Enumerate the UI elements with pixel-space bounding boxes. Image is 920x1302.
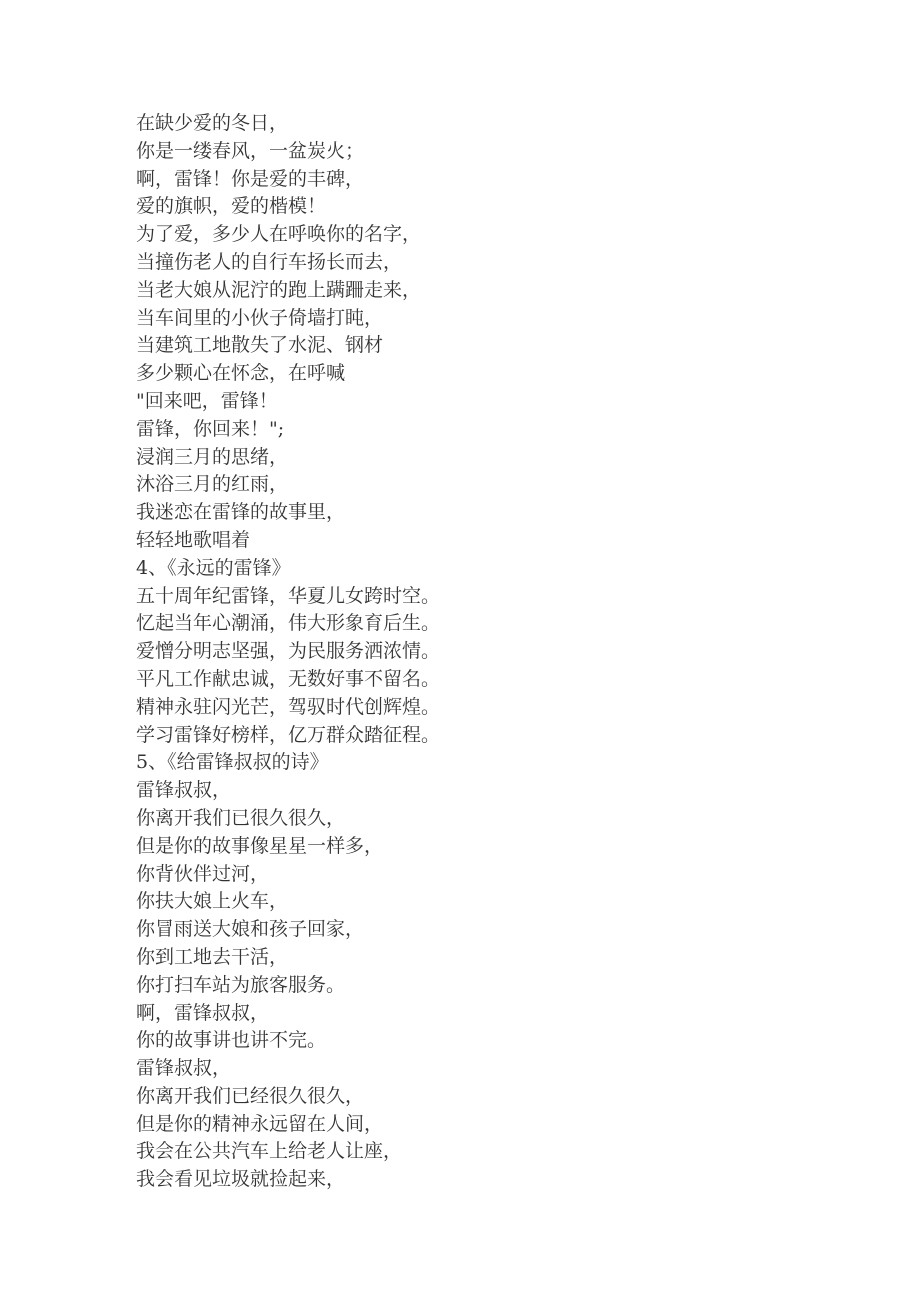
poem-line: "回来吧，雷锋！ [136,388,440,416]
poem-line: 我会在公共汽车上给老人让座， [136,1138,440,1166]
poem-line: 当建筑工地散失了水泥、钢材 [136,332,440,360]
poem-line: 在缺少爱的冬日， [136,110,440,138]
poem-line: 但是你的精神永远留在人间， [136,1111,440,1139]
poem-line: 精神永驻闪光芒，驾驭时代创辉煌。 [136,694,440,722]
poem-line: 沐浴三月的红雨， [136,471,440,499]
poem-line: 你到工地去干活， [136,944,440,972]
poem-line: 你背伙伴过河， [136,861,440,889]
poem-line: 5、《给雷锋叔叔的诗》 [136,749,440,777]
poem-line: 五十周年纪雷锋，华夏儿女跨时空。 [136,583,440,611]
poem-line: 多少颗心在怀念，在呼喊 [136,360,440,388]
poem-line: 爱的旗帜，爱的楷模！ [136,193,440,221]
poem-line: 雷锋叔叔， [136,1055,440,1083]
poem-line: 你离开我们已很久很久， [136,805,440,833]
poem-line: 为了爱，多少人在呼唤你的名字， [136,221,440,249]
poem-text-block: 在缺少爱的冬日，你是一缕春风，一盆炭火；啊，雷锋！你是爱的丰碑，爱的旗帜，爱的楷… [136,110,440,1194]
poem-line: 你扶大娘上火车， [136,888,440,916]
poem-line: 你打扫车站为旅客服务。 [136,972,440,1000]
poem-line: 浸润三月的思绪， [136,444,440,472]
poem-line: 爱憎分明志坚强，为民服务洒浓情。 [136,638,440,666]
poem-line: 我迷恋在雷锋的故事里， [136,499,440,527]
poem-line: 但是你的故事像星星一样多， [136,833,440,861]
poem-line: 你的故事讲也讲不完。 [136,1027,440,1055]
poem-line: 轻轻地歌唱着 [136,527,440,555]
poem-line: 你是一缕春风，一盆炭火； [136,138,440,166]
poem-line: 雷锋叔叔， [136,777,440,805]
poem-line: 4、《永远的雷锋》 [136,555,440,583]
poem-line: 平凡工作献忠诚，无数好事不留名。 [136,666,440,694]
poem-line: 当撞伤老人的自行车扬长而去， [136,249,440,277]
poem-line: 我会看见垃圾就捡起来， [136,1166,440,1194]
poem-line: 你冒雨送大娘和孩子回家， [136,916,440,944]
poem-line: 你离开我们已经很久很久， [136,1083,440,1111]
poem-line: 当老大娘从泥泞的跑上蹒跚走来， [136,277,440,305]
poem-line: 啊，雷锋！你是爱的丰碑， [136,166,440,194]
poem-line: 雷锋，你回来！"; [136,416,440,444]
poem-line: 学习雷锋好榜样，亿万群众踏征程。 [136,722,440,750]
poem-line: 当车间里的小伙子倚墙打盹， [136,305,440,333]
poem-line: 忆起当年心潮涌，伟大形象育后生。 [136,610,440,638]
document-page: 在缺少爱的冬日，你是一缕春风，一盆炭火；啊，雷锋！你是爱的丰碑，爱的旗帜，爱的楷… [0,0,920,1302]
poem-line: 啊，雷锋叔叔， [136,1000,440,1028]
